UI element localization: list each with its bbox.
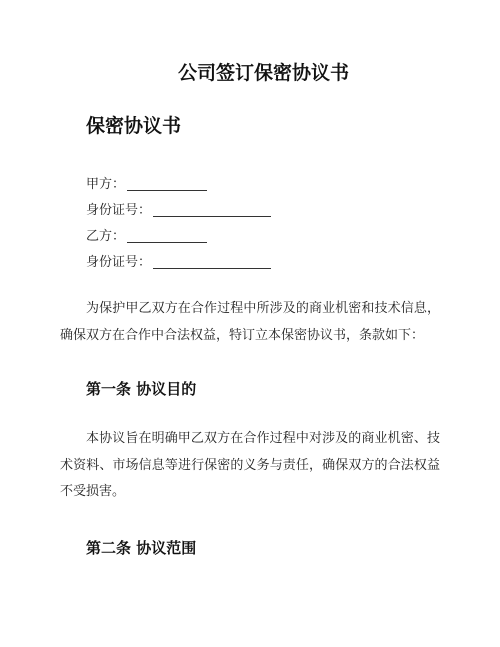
- field-party-a-id: 身份证号：: [86, 198, 271, 224]
- section-1-body: 本协议旨在明确甲乙双方在合作过程中对涉及的商业机密、技术资料、市场信息等进行保密…: [60, 426, 440, 506]
- intro-paragraph: 为保护甲乙双方在合作过程中所涉及的商业机密和技术信息，确保双方在合作中合法权益，…: [60, 296, 440, 349]
- field-party-b: 乙方：: [86, 224, 271, 250]
- blank-line-party-a-id: [153, 216, 271, 217]
- document-title: 公司签订保密协议书: [0, 61, 500, 85]
- blank-line-party-b-id: [153, 268, 271, 269]
- blank-line-party-b: [127, 242, 207, 243]
- section-heading-1: 第一条 协议目的: [86, 379, 196, 399]
- field-party-b-id: 身份证号：: [86, 250, 271, 276]
- field-label: 甲方：: [86, 172, 125, 198]
- document-page: 公司签订保密协议书 保密协议书 甲方： 身份证号： 乙方： 身份证号： 为保护甲…: [0, 0, 500, 647]
- document-subtitle: 保密协议书: [86, 114, 181, 138]
- blank-line-party-a: [127, 190, 207, 191]
- party-fields: 甲方： 身份证号： 乙方： 身份证号：: [86, 172, 271, 276]
- field-label: 身份证号：: [86, 250, 151, 276]
- field-label: 乙方：: [86, 224, 125, 250]
- section-heading-2: 第二条 协议范围: [86, 538, 196, 558]
- field-party-a: 甲方：: [86, 172, 271, 198]
- field-label: 身份证号：: [86, 198, 151, 224]
